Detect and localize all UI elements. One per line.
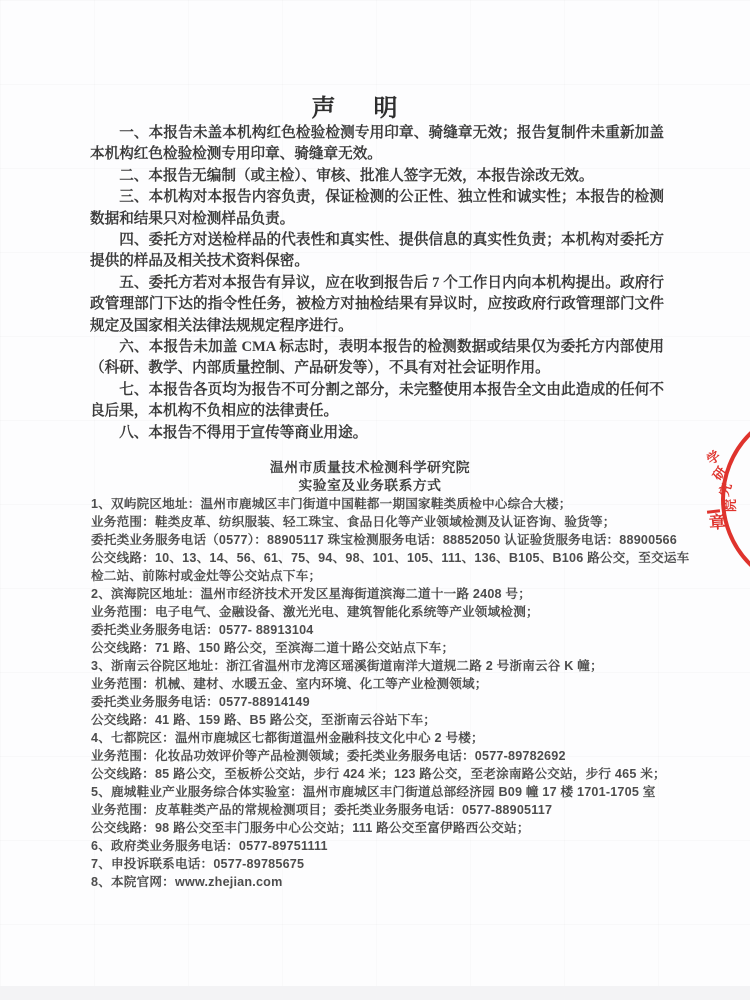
contact-line: 3、浙南云谷院区地址：浙江省温州市龙湾区瑶溪街道南洋大道规二路 2 号浙南云谷 … xyxy=(91,657,711,675)
contact-line: 7、申投诉联系电话：0577-89785675 xyxy=(91,855,711,873)
statement-paragraph: 三、本机构对本报告内容负责，保证检测的公正性、独立性和诚实性；本报告的检测数据和… xyxy=(90,187,664,230)
page-title: 声 明 xyxy=(0,88,716,123)
statement-paragraph: 八、本报告不得用于宣传等商业用途。 xyxy=(90,423,664,444)
contact-line: 检二站、前陈村或金灶等公交站点下车； xyxy=(91,567,711,585)
contact-line: 业务范围：皮革鞋类产品的常规检测项目；委托类业务服务电话：0577-889051… xyxy=(91,801,711,819)
contact-line: 业务范围：鞋类皮革、纺织服装、轻工珠宝、食品日化等产业领域检测及认证咨询、验货等… xyxy=(91,513,711,531)
scan-edge-shadow xyxy=(0,986,750,1000)
contact-subtitle: 实验室及业务联系方式 xyxy=(0,477,740,495)
document-page: 声 明 一、本报告未盖本机构红色检验检测专用印章、骑缝章无效；报告复制件未重新加… xyxy=(0,0,750,1000)
contact-line: 委托类业务服务电话：0577-88914149 xyxy=(91,693,711,711)
contact-line: 5、鹿城鞋业产业服务综合体实验室：温州市鹿城区丰门街道总部经济园 B09 幢 1… xyxy=(91,783,711,801)
statement-paragraph: 一、本报告未盖本机构红色检验检测专用印章、骑缝章无效；报告复制件未重新加盖本机构… xyxy=(90,123,664,166)
contact-heading: 温州市质量技术检测科学研究院 实验室及业务联系方式 xyxy=(0,459,740,494)
statement-paragraph: 七、本报告各页均为报告不可分割之部分，未完整使用本报告全文由此造成的任何不良后果… xyxy=(90,380,664,423)
contact-section: 1、双屿院区地址：温州市鹿城区丰门街道中国鞋都一期国家鞋类质检中心综合大楼； 业… xyxy=(91,495,711,891)
contact-line: 公交线路：98 路公交至丰门服务中心公交站；111 路公交至富伊路西公交站； xyxy=(91,819,711,837)
contact-line: 6、政府类业务服务电话：0577-89751111 xyxy=(91,837,711,855)
seal-center-character: 章 xyxy=(708,513,726,532)
organization-name: 温州市质量技术检测科学研究院 xyxy=(0,459,740,477)
contact-line: 业务范围：化妆品功效评价等产品检测领域；委托类业务服务电话：0577-89782… xyxy=(91,747,711,765)
statement-paragraph: 五、委托方若对本报告有异议，应在收到报告后 7 个工作日内向本机构提出。政府行政… xyxy=(90,273,664,337)
contact-line: 1、双屿院区地址：温州市鹿城区丰门街道中国鞋都一期国家鞋类质检中心综合大楼； xyxy=(91,495,711,513)
contact-line: 公交线路：85 路公交，至板桥公交站，步行 424 米；123 路公交，至老涂南… xyxy=(91,765,711,783)
contact-line: 委托类业务服务电话：0577- 88913104 xyxy=(91,621,711,639)
statement-section: 一、本报告未盖本机构红色检验检测专用印章、骑缝章无效；报告复制件未重新加盖本机构… xyxy=(90,123,664,444)
contact-line: 公交线路：10、13、14、56、61、75、94、98、101、105、111… xyxy=(91,549,711,567)
contact-line: 8、本院官网：www.zhejian.com xyxy=(91,873,711,891)
contact-line: 4、七都院区：温州市鹿城区七都街道温州金融科技文化中心 2 号楼； xyxy=(91,729,711,747)
contact-line: 公交线路：41 路、159 路、B5 路公交，至浙南云谷站下车； xyxy=(91,711,711,729)
statement-paragraph: 四、委托方对送检样品的代表性和真实性、提供信息的真实性负责；本机构对委托方提供的… xyxy=(90,230,664,273)
contact-line: 公交线路：71 路、150 路公交，至滨海二道十路公交站点下车； xyxy=(91,639,711,657)
contact-line: 2、滨海院区地址：温州市经济技术开发区星海街道滨海二道十一路 2408 号； xyxy=(91,585,711,603)
seal-arc-character: 院 xyxy=(724,499,737,512)
statement-paragraph: 二、本报告无编制（或主检）、审核、批准人签字无效，本报告涂改无效。 xyxy=(90,166,664,187)
contact-line: 委托类业务服务电话（0577）：88905117 珠宝检测服务电话：888520… xyxy=(91,531,711,549)
statement-paragraph: 六、本报告未加盖 CMA 标志时，表明本报告的检测数据或结果仅为委托方内部使用（… xyxy=(90,337,664,380)
seal-ring-icon xyxy=(721,405,750,593)
contact-line: 业务范围：机械、建材、水暖五金、室内环境、化工等产业检测领域； xyxy=(91,675,711,693)
contact-line: 业务范围：电子电气、金融设备、激光光电、建筑智能化系统等产业领域检测； xyxy=(91,603,711,621)
